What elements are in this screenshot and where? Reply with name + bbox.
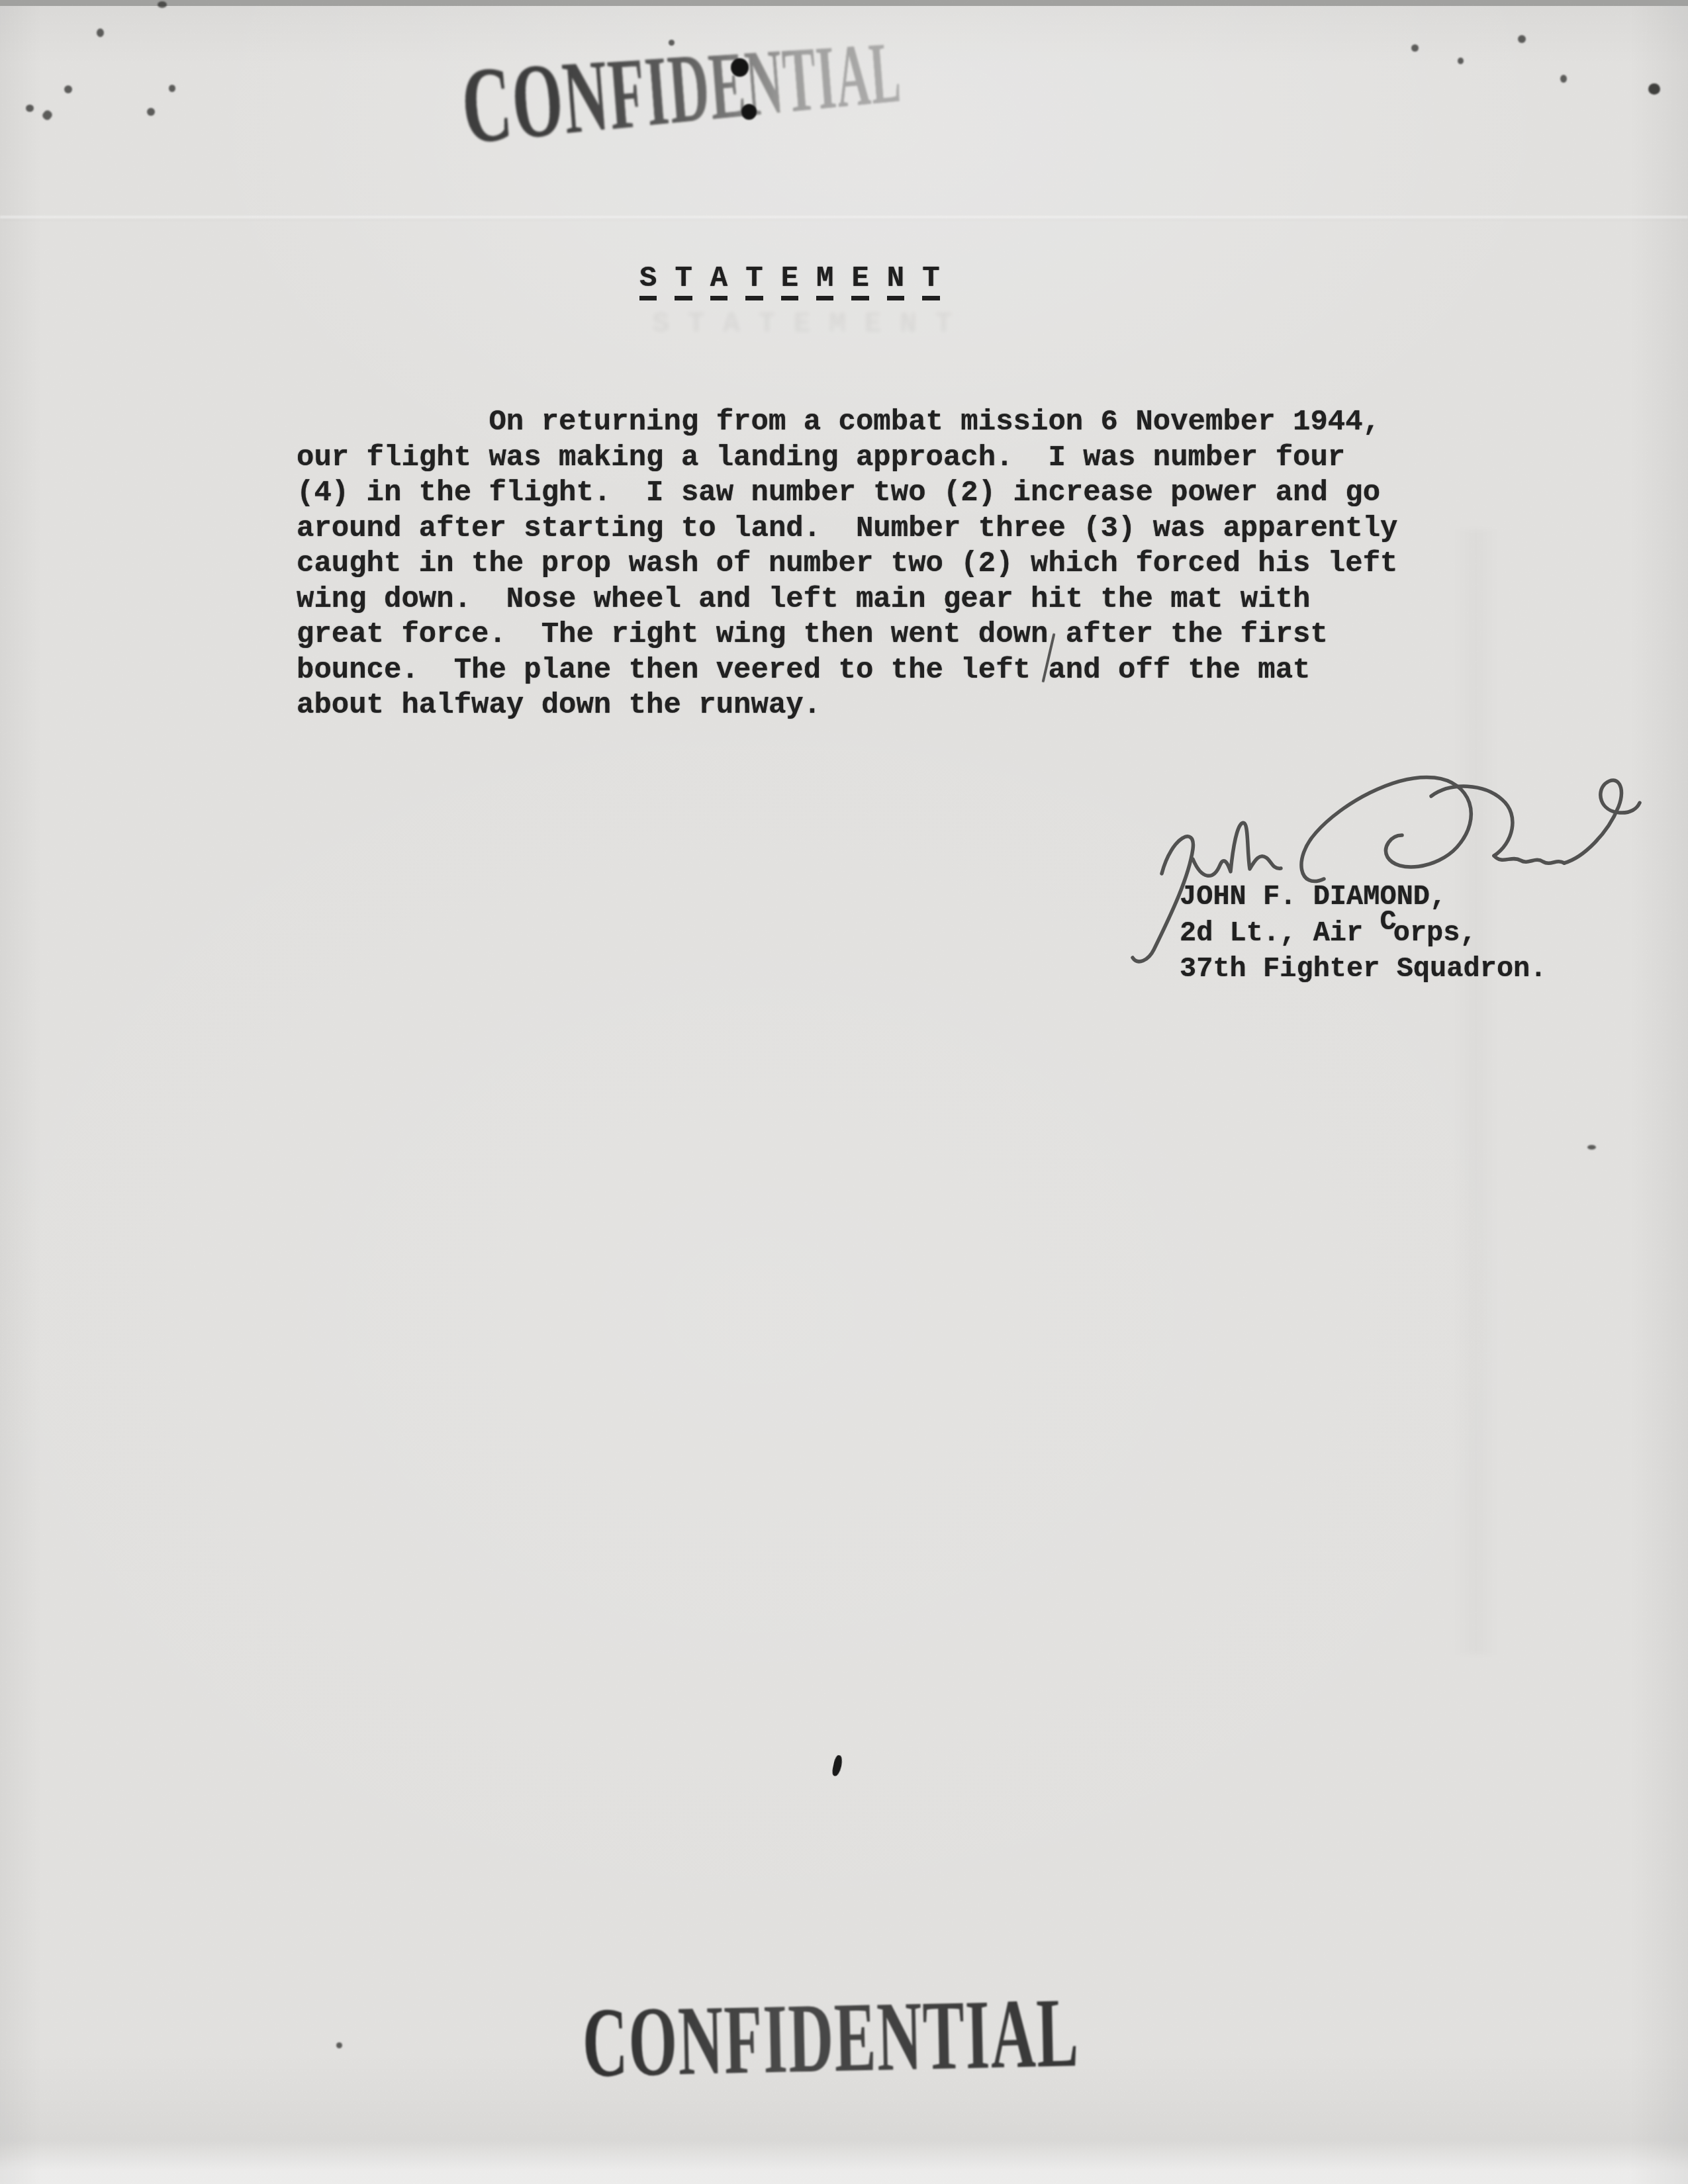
confidential-stamp-top: CONFIDENTIAL	[462, 52, 1328, 161]
heading-letter: T	[745, 264, 763, 300]
rank-suffix: orps,	[1393, 917, 1477, 949]
ink-speck	[158, 1, 167, 8]
body-line: our flight was making a landing approach…	[297, 441, 1397, 477]
ink-speck	[26, 105, 34, 112]
confidential-stamp-bottom-text: CONFIDENTIAL	[581, 1983, 1080, 2093]
ink-speck	[97, 28, 104, 37]
statement-heading-ghost: STATEMENT	[652, 308, 970, 341]
body-line: caught in the prop wash of number two (2…	[297, 547, 1397, 582]
heading-letter: E	[851, 264, 868, 300]
body-line: great force. The right wing then went do…	[297, 617, 1397, 653]
scan-streak	[1453, 529, 1499, 1655]
ink-speck	[1587, 1145, 1596, 1150]
signature-typed-name: JOHN F. DIAMOND,	[1180, 879, 1547, 915]
scan-edge-strip	[0, 0, 1688, 6]
confidential-stamp-bottom: CONFIDENTIAL	[583, 1993, 1371, 2093]
ink-speck	[1518, 35, 1526, 43]
ink-speck	[1458, 58, 1464, 64]
ink-speck	[336, 2042, 342, 2048]
body-line: about halfway down the runway.	[297, 688, 1397, 724]
body-line: around after starting to land. Number th…	[297, 512, 1397, 547]
heading-letter: T	[922, 264, 939, 300]
document-page: CONFIDENTIAL STATEMENT STATEMENT On retu…	[0, 0, 1688, 2184]
signature-unit-line: 37th Fighter Squadron.	[1180, 951, 1547, 987]
ink-apostrophe-mark	[831, 1754, 843, 1777]
statement-body: On returning from a combat mission 6 Nov…	[297, 405, 1397, 724]
signature-block: JOHN F. DIAMOND, 2d Lt., Air Corps, 37th…	[1180, 879, 1547, 987]
ink-speck	[1411, 44, 1419, 52]
ink-speck	[41, 109, 54, 121]
ink-speck	[147, 108, 155, 116]
body-line: On returning from a combat mission 6 Nov…	[297, 405, 1397, 441]
ink-speck	[1560, 75, 1567, 83]
ink-speck	[169, 85, 175, 92]
statement-heading: STATEMENT	[639, 264, 958, 300]
body-line: wing down. Nose wheel and left main gear…	[297, 582, 1397, 618]
body-line: bounce. The plane then veered to the lef…	[297, 653, 1397, 689]
heading-letter: S	[639, 264, 657, 300]
paper-crease	[0, 216, 1688, 218]
ink-blob	[741, 104, 757, 120]
rank-raised-c: C	[1380, 904, 1396, 940]
body-line: (4) in the flight. I saw number two (2) …	[297, 476, 1397, 512]
heading-letter: T	[675, 264, 692, 300]
heading-letter: M	[816, 264, 833, 300]
ink-speck	[64, 85, 72, 93]
ink-speck	[1648, 83, 1660, 95]
signature-rank-line: 2d Lt., Air Corps,	[1180, 915, 1547, 952]
confidential-stamp-top-text: CONFIDENTIAL	[458, 28, 904, 161]
heading-letter: A	[710, 264, 727, 300]
heading-letter: N	[887, 264, 904, 300]
rank-prefix: 2d Lt., Air	[1180, 917, 1380, 949]
ink-blob	[731, 58, 749, 77]
heading-letter: E	[781, 264, 798, 300]
